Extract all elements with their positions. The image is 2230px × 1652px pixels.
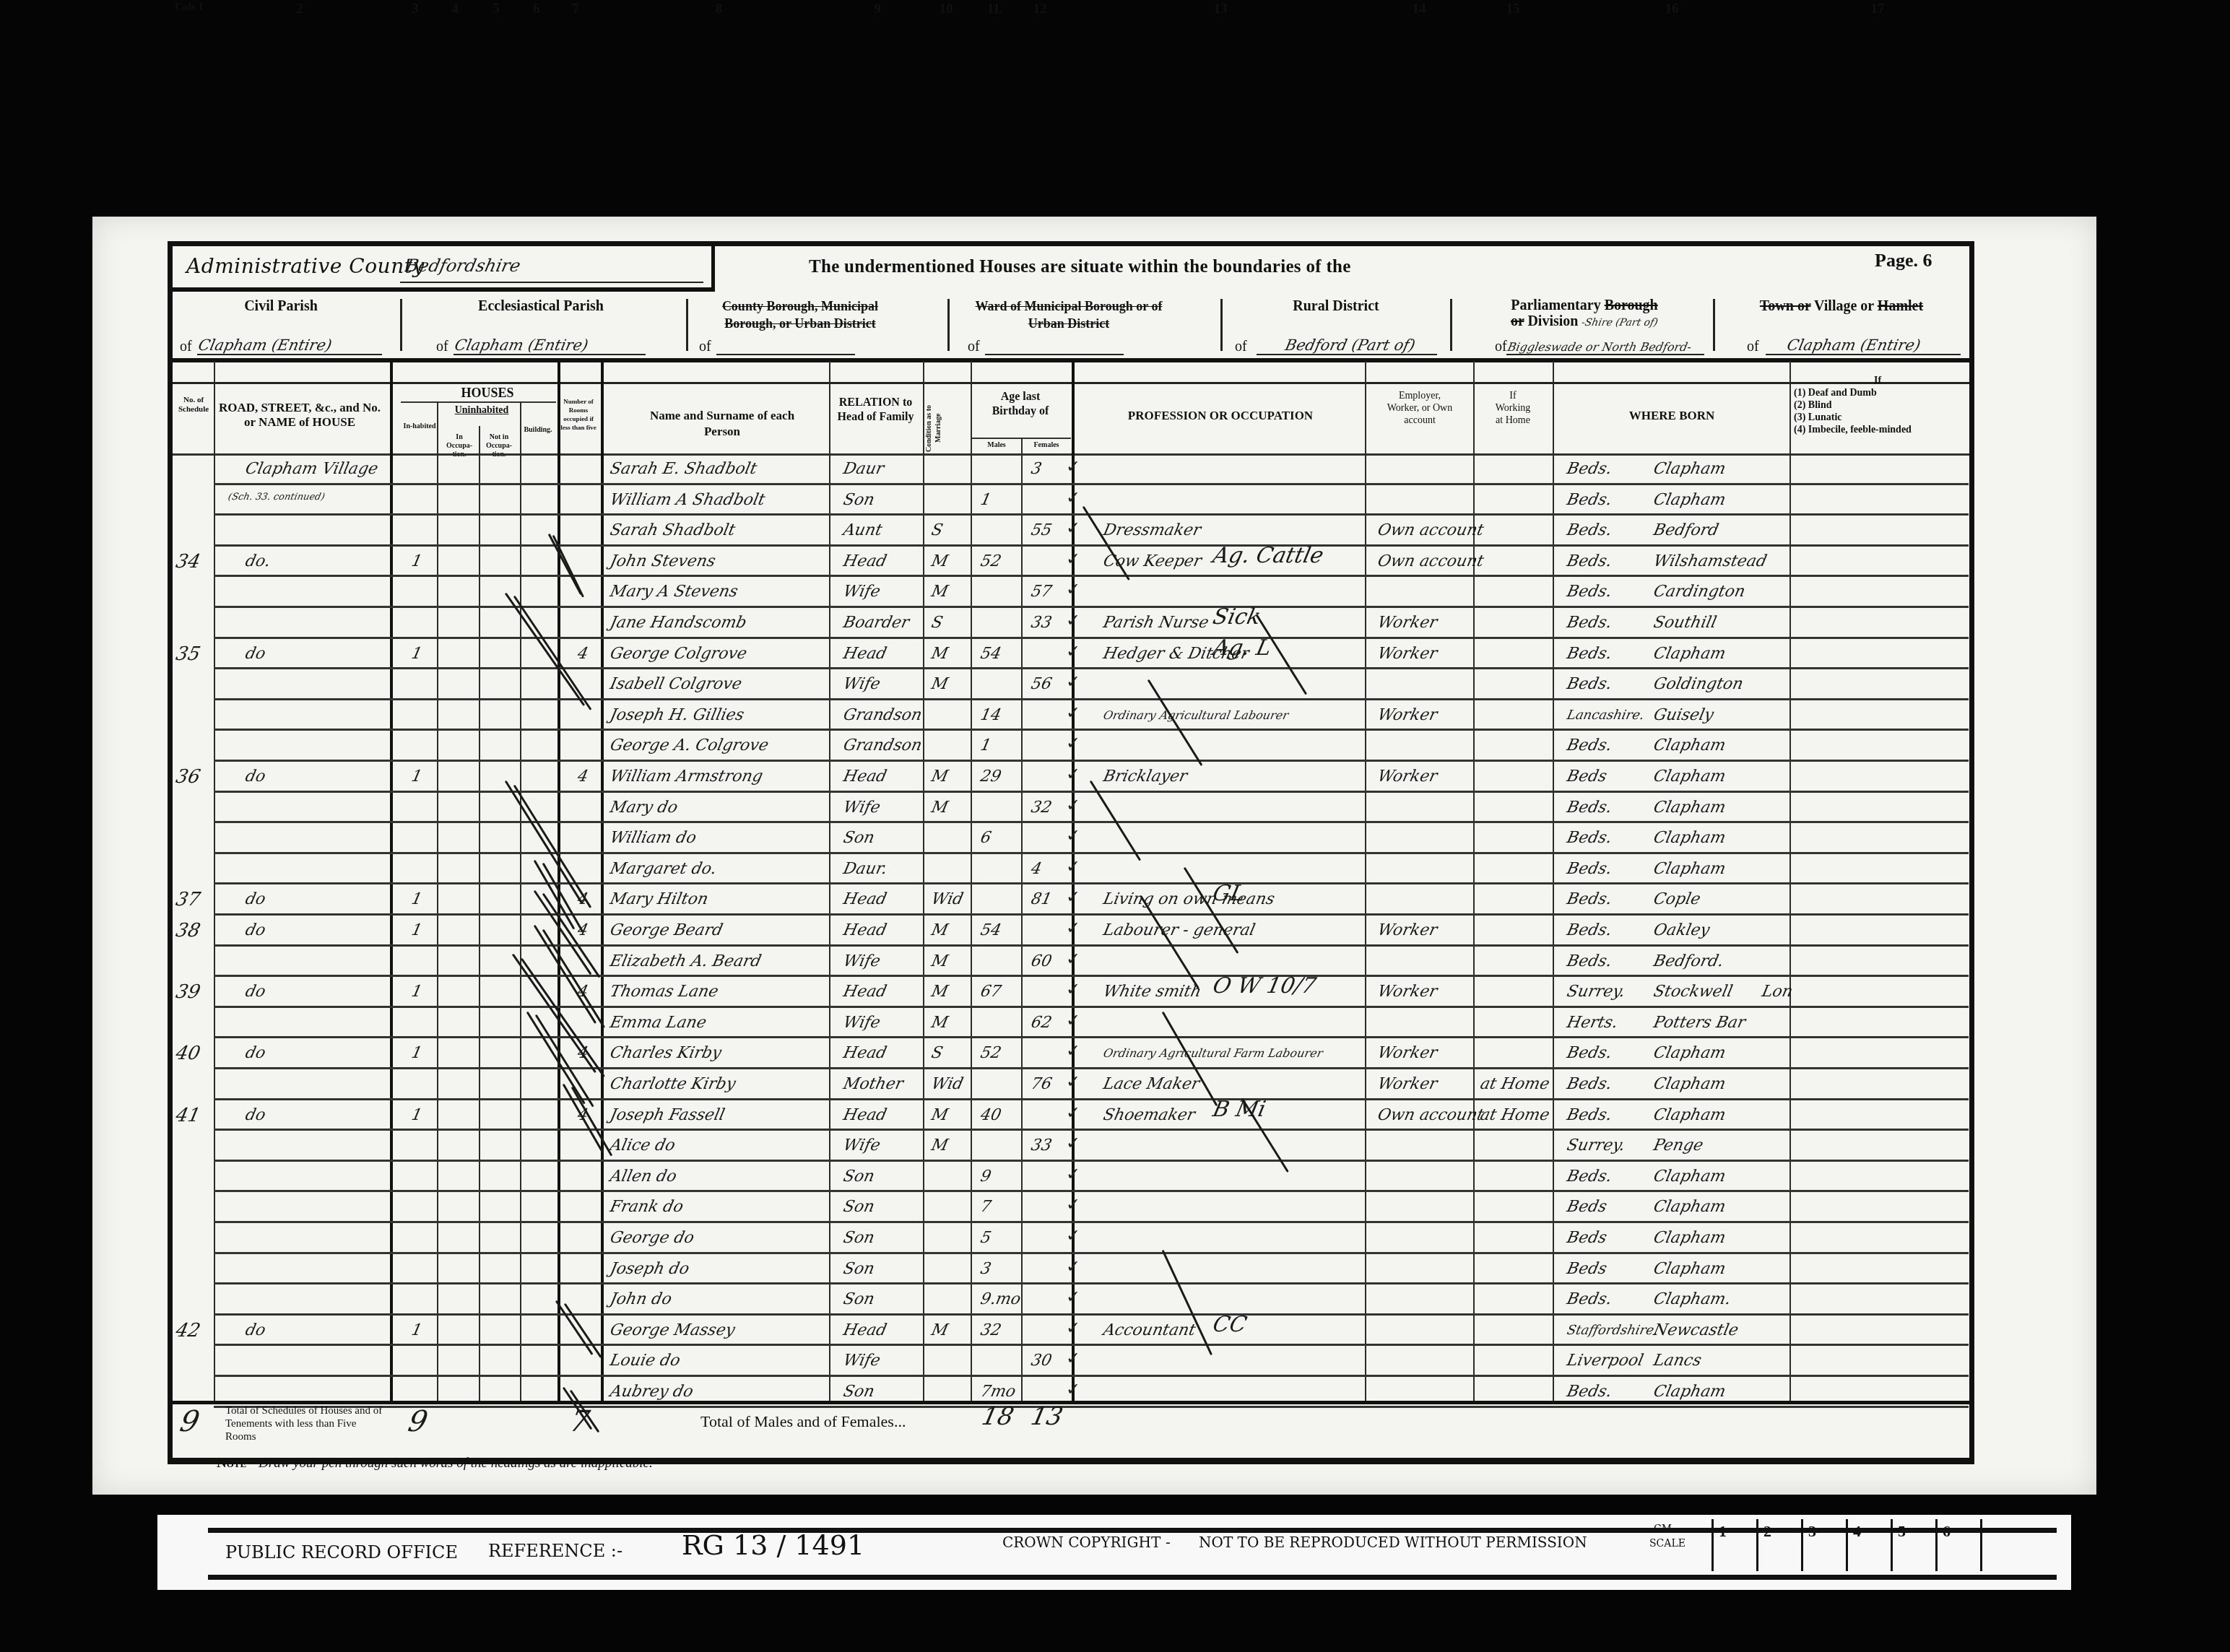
division-title: Rural District — [1228, 297, 1444, 315]
row-rule — [214, 1006, 1969, 1008]
row-name: Charles Kirby — [608, 1043, 723, 1064]
row-occupation: Lace Maker — [1101, 1074, 1202, 1095]
division-underline — [1766, 354, 1961, 355]
footer-rule-bottom — [208, 1575, 2057, 1580]
row-occupation: Dressmaker — [1101, 521, 1203, 541]
row-name: John Stevens — [608, 552, 717, 572]
row-relation: Wife — [841, 798, 882, 818]
scale-number: 5 — [1898, 1522, 1906, 1541]
row-relation: Daur — [841, 459, 885, 479]
pen-tick-icon: ✓ — [1066, 703, 1080, 723]
col-rule — [1021, 438, 1023, 1401]
row-rule — [214, 483, 1969, 485]
row-born-county: Herts. — [1565, 1013, 1620, 1033]
col-head-infirmity: (1) Deaf and Dumb (2) Blind (3) Lunatic … — [1794, 387, 1967, 436]
division-village: Town or Village or Hamlet of Clapham (En… — [1715, 292, 1968, 360]
row-born-place: Wilshamstead — [1652, 552, 1769, 572]
row-born-place: Clapham — [1652, 1259, 1727, 1279]
pen-tick-icon: ✓ — [1066, 825, 1080, 845]
row-rule — [214, 913, 1969, 916]
col-number: 8 — [614, 1, 823, 17]
col-rule — [971, 361, 972, 1401]
division-title-part-struck: Town or — [1760, 298, 1811, 314]
col-head-condition: Condition as to Marriage — [924, 396, 969, 461]
division-annotation: -Shire (Part of) — [1580, 315, 1660, 331]
row-relation: Son — [841, 1382, 876, 1402]
pen-tick-icon: ✓ — [1066, 1133, 1080, 1153]
row-born-county: Beds. — [1565, 552, 1614, 572]
row-relation: Wife — [841, 1013, 882, 1033]
row-born-county: Beds. — [1565, 828, 1614, 848]
row-name: Jane Handscomb — [608, 613, 748, 633]
pen-tick-icon: ✓ — [1066, 487, 1080, 508]
division-underline — [197, 354, 382, 355]
row-occupation: Ordinary Agricultural Labourer — [1101, 705, 1290, 726]
row-occupation-note: Ag. L — [1211, 638, 1273, 658]
col-number: Cols 1 — [171, 1, 207, 14]
pen-tick-icon: ✓ — [1066, 887, 1080, 907]
division-value: Bedford (Part of) — [1283, 336, 1417, 354]
totals-mf-label: Total of Males and of Females... — [700, 1412, 906, 1432]
col-number: 12 — [1018, 1, 1062, 17]
row-age-males: 67 — [979, 982, 1003, 1002]
admin-county-box: Administrative County Bedfordshire — [168, 241, 715, 292]
division-of: of — [436, 339, 448, 355]
row-name: Mary do — [608, 798, 680, 818]
houses-rule — [401, 401, 556, 403]
row-name: Joseph H. Gillies — [608, 705, 746, 726]
row-born-county: Beds. — [1565, 1290, 1614, 1310]
division-county-borough: County Borough, Municipal Borough, or Ur… — [692, 292, 920, 360]
row-name: Mary A Stevens — [608, 582, 739, 602]
row-born-place: Newcastle — [1652, 1321, 1740, 1341]
row-schedule: 36 — [174, 767, 202, 787]
pen-tick-icon: ✓ — [1066, 1348, 1080, 1368]
scale-number: 3 — [1808, 1522, 1816, 1541]
row-name: Allen do — [608, 1167, 678, 1187]
row-born-county: Beds. — [1565, 644, 1614, 664]
scale-number: 1 — [1719, 1522, 1727, 1541]
division-rural-district: Rural District of Bedford (Part of) — [1228, 292, 1444, 360]
row-born-county: Liverpool — [1565, 1351, 1645, 1371]
col-number: 16 — [1556, 1, 1787, 17]
row-rule — [214, 852, 1969, 854]
pen-tick-icon: ✓ — [1066, 456, 1080, 477]
pen-tick-icon: ✓ — [1066, 1318, 1080, 1338]
col-number: 14 — [1365, 1, 1473, 17]
row-relation: Boarder — [841, 613, 911, 633]
row-address: do. — [243, 552, 272, 572]
division-title-part: Village or — [1814, 298, 1874, 314]
row-name: Louie do — [608, 1351, 682, 1371]
row-born-county: Beds. — [1565, 490, 1614, 510]
row-rule — [214, 575, 1969, 577]
division-underline — [716, 354, 855, 355]
row-employer: Worker — [1376, 644, 1439, 664]
divider — [1713, 299, 1715, 351]
division-title-part: Parliamentary — [1511, 297, 1600, 313]
row-relation: Head — [841, 1321, 888, 1341]
row-born-place: Clapham — [1652, 1197, 1727, 1217]
scale-tick — [1980, 1519, 2002, 1571]
col-number: 10 — [924, 1, 968, 17]
col-rule — [923, 361, 924, 1401]
row-born-county: Beds. — [1565, 798, 1614, 818]
row-condition: Wid — [929, 890, 965, 910]
row-born-place: Clapham — [1652, 798, 1727, 818]
scale-number: 4 — [1853, 1522, 1861, 1541]
row-born-county: Beds — [1565, 767, 1609, 787]
row-rule — [214, 667, 1969, 669]
row-born-place: Cardington — [1652, 582, 1747, 602]
row-age-males: 54 — [979, 921, 1003, 941]
row-born-county: Beds — [1565, 1197, 1609, 1217]
col-rule — [437, 401, 438, 1401]
row-born-county: Beds. — [1565, 736, 1614, 756]
row-occupation-note: CC — [1211, 1315, 1249, 1335]
row-born-county: Staffordshire. — [1565, 1321, 1660, 1341]
row-occupation: Labourer - general — [1101, 921, 1257, 941]
row-name: George do — [608, 1228, 696, 1248]
pen-tick-icon: ✓ — [1066, 1071, 1080, 1092]
divider — [400, 299, 402, 351]
footer-dash: - — [1166, 1534, 1171, 1551]
row-rule — [214, 1252, 1969, 1254]
division-value: Clapham (Entire) — [453, 336, 589, 354]
col-rule — [829, 361, 830, 1401]
undermentioned-heading: The undermentioned Houses are situate wi… — [809, 257, 1351, 277]
footer-office: PUBLIC RECORD OFFICE — [225, 1542, 458, 1562]
division-title-part: Division — [1527, 313, 1578, 329]
row-occupation-note: Sick — [1211, 607, 1262, 627]
col-rule — [214, 361, 215, 1401]
row-age-males: 9.mo — [979, 1290, 1023, 1310]
row-relation: Son — [841, 828, 876, 848]
row-name: Sarah Shadbolt — [608, 521, 737, 541]
division-underline — [454, 354, 646, 355]
row-relation: Wife — [841, 1136, 882, 1156]
row-relation: Head — [841, 1043, 888, 1064]
col-head-age: Age last Birthday of — [973, 390, 1067, 419]
footer-scale-label: SCALE — [1649, 1538, 1685, 1549]
col-head-uninhabited: Uninhabited — [442, 405, 521, 417]
col-number: 6 — [526, 1, 547, 17]
row-name: Margaret do. — [608, 859, 719, 879]
col-number: 7 — [565, 1, 586, 17]
row-relation: Wife — [841, 674, 882, 695]
row-name: Joseph do — [608, 1259, 691, 1279]
row-at-home: at Home — [1478, 1105, 1551, 1126]
header-bottom-rule — [173, 453, 1969, 456]
col-number: 15 — [1477, 1, 1549, 17]
footer-scale-label-cm: CM — [1654, 1523, 1672, 1535]
row-relation: Head — [841, 890, 888, 910]
row-name: Sarah E. Shadbolt — [608, 459, 759, 479]
footer-copyright: CROWN COPYRIGHT — [1002, 1534, 1160, 1551]
row-born-county: Beds. — [1565, 1167, 1614, 1187]
row-address: Clapham Village — [243, 459, 380, 479]
pen-tick-icon: ✓ — [1066, 1379, 1080, 1399]
pen-tick-icon: ✓ — [1066, 949, 1080, 969]
col-head-houses: HOUSES — [419, 386, 556, 401]
infirmity-option: (1) Deaf and Dumb — [1794, 387, 1967, 399]
division-title-struck: County Borough, Municipal Borough, or Ur… — [706, 297, 894, 332]
row-born-place: Lancs — [1652, 1351, 1703, 1371]
division-underline — [1257, 354, 1437, 355]
col-rule — [520, 401, 521, 1401]
row-born-county: Beds. — [1565, 459, 1614, 479]
row-name: Alice do — [608, 1136, 677, 1156]
row-relation: Aunt — [841, 521, 884, 541]
col-head-at-home: If Working at Home — [1477, 390, 1549, 427]
col-number: 5 — [485, 1, 507, 17]
row-born-place: Bedford — [1652, 521, 1720, 541]
row-rule — [214, 1067, 1969, 1069]
row-relation: Head — [841, 552, 888, 572]
division-of: of — [1495, 339, 1507, 355]
row-born-note: Lon — [1760, 982, 1795, 1002]
row-age-males: 29 — [979, 767, 1003, 787]
col-head-building: Building. — [520, 426, 556, 434]
row-employer: Worker — [1376, 767, 1439, 787]
totals-rule — [173, 1401, 1969, 1404]
row-rule — [214, 1160, 1969, 1162]
division-of: of — [1235, 339, 1247, 355]
col-number: 2 — [217, 1, 383, 17]
row-name: George Beard — [608, 921, 724, 941]
row-employer: Own account — [1376, 521, 1485, 541]
footnote-prefix: Note — [217, 1456, 246, 1471]
col-head-employer: Employer, Worker, or Own account — [1369, 390, 1470, 427]
totals-schedules-label: Total of Schedules of Houses and of Tene… — [225, 1404, 384, 1443]
row-age-males: 32 — [979, 1321, 1003, 1341]
row-relation: Head — [841, 644, 888, 664]
pen-tick-icon: ✓ — [1066, 856, 1080, 877]
col-head-males: Males — [973, 441, 1020, 449]
row-relation: Grandson — [841, 736, 924, 756]
division-underline — [985, 354, 1124, 355]
col-head-females: Females — [1023, 441, 1070, 449]
row-name: George Colgrove — [608, 644, 749, 664]
divider — [686, 299, 688, 351]
row-occupation: Accountant — [1101, 1321, 1197, 1341]
row-rule — [214, 637, 1969, 639]
row-rule — [214, 821, 1969, 823]
row-age-females: 76 — [1029, 1074, 1054, 1095]
division-of: of — [968, 339, 980, 355]
pen-tick-icon: ✓ — [1066, 549, 1080, 569]
row-born-place: Clapham. — [1652, 1290, 1732, 1310]
row-born-place: Clapham — [1652, 490, 1727, 510]
division-title: Parliamentary Borough or Division -Shire… — [1457, 297, 1711, 331]
scale-number: 2 — [1763, 1522, 1771, 1541]
row-schedule: 34 — [174, 552, 202, 572]
row-address-note: (Sch. 33. continued) — [226, 487, 326, 508]
col-rule — [1473, 361, 1475, 1401]
row-born-place: Guisely — [1652, 705, 1716, 726]
row-relation: Head — [841, 767, 888, 787]
row-rule — [214, 513, 1969, 516]
row-name: Frank do — [608, 1197, 685, 1217]
division-civil-parish: Civil Parish of Clapham (Entire) — [173, 292, 389, 360]
admin-county-underline — [400, 282, 703, 283]
col-rule — [1365, 361, 1366, 1401]
row-occupation: White smith — [1101, 982, 1203, 1002]
row-born-county: Beds. — [1565, 1074, 1614, 1095]
row-name: William Armstrong — [608, 767, 765, 787]
column-number-row — [173, 361, 1969, 384]
row-rule — [214, 1344, 1969, 1346]
row-name: Joseph Fassell — [608, 1105, 726, 1126]
scale-number: 6 — [1943, 1522, 1951, 1541]
row-rule — [214, 1282, 1969, 1284]
col-rule — [390, 361, 393, 1401]
infirmity-option: (2) Blind — [1794, 399, 1967, 412]
row-born-county: Beds. — [1565, 1105, 1614, 1126]
infirmity-option: (3) Lunatic — [1794, 412, 1967, 424]
row-employer: Worker — [1376, 1043, 1439, 1064]
division-of: of — [699, 339, 711, 355]
row-relation: Son — [841, 1290, 876, 1310]
row-rule — [214, 1036, 1969, 1038]
row-relation: Daur. — [841, 859, 889, 879]
division-title: Civil Parish — [173, 297, 389, 315]
col-head-infirmity-if: If — [1791, 375, 1964, 387]
row-born-county: Beds. — [1565, 582, 1614, 602]
row-schedule: 42 — [174, 1321, 202, 1341]
col-rule — [1789, 361, 1791, 1401]
row-age-females: 33 — [1029, 1136, 1054, 1156]
pen-tick-icon: ✓ — [1066, 1256, 1080, 1277]
row-age-males: 14 — [979, 705, 1003, 726]
row-occupation: Shoemaker — [1101, 1105, 1197, 1126]
infirmity-option: (4) Imbecile, feeble-minded — [1794, 424, 1967, 436]
row-born-place: Stockwell — [1652, 982, 1735, 1002]
row-born-place: Clapham — [1652, 459, 1727, 479]
row-born-place: Bedford. — [1652, 952, 1725, 972]
row-employer: Own account — [1376, 552, 1485, 572]
division-of: of — [1747, 339, 1759, 355]
row-relation: Son — [841, 1197, 876, 1217]
row-relation: Son — [841, 1259, 876, 1279]
row-employer: Own account — [1376, 1105, 1485, 1126]
pen-tick-icon: ✓ — [1066, 610, 1080, 630]
row-rule — [214, 760, 1969, 762]
row-rule — [214, 975, 1969, 977]
col-rule — [601, 361, 604, 1401]
col-number: 11. — [973, 1, 1017, 17]
pen-tick-icon: ✓ — [1066, 671, 1080, 692]
row-born-place: Clapham — [1652, 1228, 1727, 1248]
row-rule — [214, 1406, 1969, 1408]
row-name: John do — [608, 1290, 674, 1310]
row-employer: Worker — [1376, 982, 1439, 1002]
admin-county-label: Administrative County — [186, 254, 425, 278]
row-born-place: Clapham — [1652, 736, 1727, 756]
division-title-part-struck: or — [1511, 313, 1524, 329]
pen-tick-icon: ✓ — [1066, 1040, 1080, 1061]
row-schedule: 35 — [174, 644, 202, 664]
row-rule — [214, 1313, 1969, 1316]
row-name: Mary Hilton — [608, 890, 710, 910]
col-head-inhabited: In-habited — [403, 422, 436, 431]
division-value: Biggleswade or North Bedford- — [1506, 340, 1693, 354]
row-rule — [214, 1221, 1969, 1223]
col-number: 3 — [404, 1, 426, 17]
row-occupation-note: B Mi — [1211, 1100, 1267, 1120]
pen-tick-icon: ✓ — [1066, 1194, 1080, 1214]
row-occupation-note: Ag. Cattle — [1211, 546, 1325, 566]
row-relation: Son — [841, 1228, 876, 1248]
row-name: Emma Lane — [608, 1013, 708, 1033]
division-underline — [1506, 354, 1704, 355]
row-age-females: 56 — [1029, 674, 1054, 695]
row-born-county: Beds. — [1565, 674, 1614, 695]
pen-tick-icon: ✓ — [1066, 733, 1080, 753]
row-born-county: Beds. — [1565, 921, 1614, 941]
col-head-schedule: No. of Schedule — [173, 396, 214, 414]
division-ecclesiastical-parish: Ecclesiastical Parish of Clapham (Entire… — [429, 292, 653, 360]
row-occupation: Bricklayer — [1101, 767, 1189, 787]
row-name: William A Shadbolt — [608, 490, 767, 510]
col-head-rooms: Number of Rooms occupied if less than fi… — [560, 397, 596, 432]
row-rule — [214, 1098, 1969, 1100]
footer-reference: RG 13 / 1491 — [682, 1529, 864, 1561]
pen-tick-icon: ✓ — [1066, 1103, 1080, 1123]
row-schedule: 40 — [174, 1043, 202, 1064]
row-relation: Wife — [841, 952, 882, 972]
pen-tick-icon: ✓ — [1066, 1225, 1080, 1245]
page-number: Page. 6 — [1875, 250, 1932, 271]
pen-tick-icon: ✓ — [1066, 1164, 1080, 1184]
row-occupation: Living on own means — [1101, 890, 1276, 910]
row-born-county: Beds — [1565, 1259, 1609, 1279]
row-address: do — [243, 644, 267, 664]
row-employer: Worker — [1376, 705, 1439, 726]
col-head-where-born: WHERE BORN — [1556, 409, 1787, 423]
row-born-place: Clapham — [1652, 1105, 1727, 1126]
divider — [1220, 299, 1223, 351]
row-occupation-note: GL — [1211, 884, 1247, 904]
row-occupation: Ordinary Agricultural Farm Labourer — [1101, 1043, 1324, 1064]
col-number: 4 — [444, 1, 466, 17]
row-born-place: Potters Bar — [1652, 1013, 1747, 1033]
row-relation: Mother — [841, 1074, 905, 1095]
row-born-county: Beds. — [1565, 952, 1614, 972]
row-name: George A. Colgrove — [608, 736, 771, 756]
row-schedule: 38 — [174, 921, 202, 941]
row-at-home: at Home — [1478, 1074, 1551, 1095]
row-born-place: Clapham — [1652, 644, 1727, 664]
row-born-county: Surrey. — [1565, 982, 1627, 1002]
row-rule — [214, 1375, 1969, 1377]
col-head-address: ROAD, STREET, &c., and No. or NAME of HO… — [217, 401, 383, 430]
col-number: 13 — [1076, 1, 1365, 17]
row-born-place: Clapham — [1652, 1382, 1727, 1402]
row-relation: Wife — [841, 582, 882, 602]
pen-tick-icon: ✓ — [1066, 764, 1080, 784]
row-age-females: 62 — [1029, 1013, 1054, 1033]
division-ward: Ward of Municipal Borough or of Urban Di… — [960, 292, 1189, 360]
col-number: 9 — [830, 1, 924, 17]
row-schedule: 39 — [174, 982, 202, 1002]
row-born-place: Clapham — [1652, 1167, 1727, 1187]
row-age-males: 40 — [979, 1105, 1003, 1126]
col-number: 17 — [1791, 1, 1964, 17]
pen-tick-icon: ✓ — [1066, 1010, 1080, 1030]
row-born-place: Clapham — [1652, 1074, 1727, 1095]
row-rule — [214, 882, 1969, 884]
